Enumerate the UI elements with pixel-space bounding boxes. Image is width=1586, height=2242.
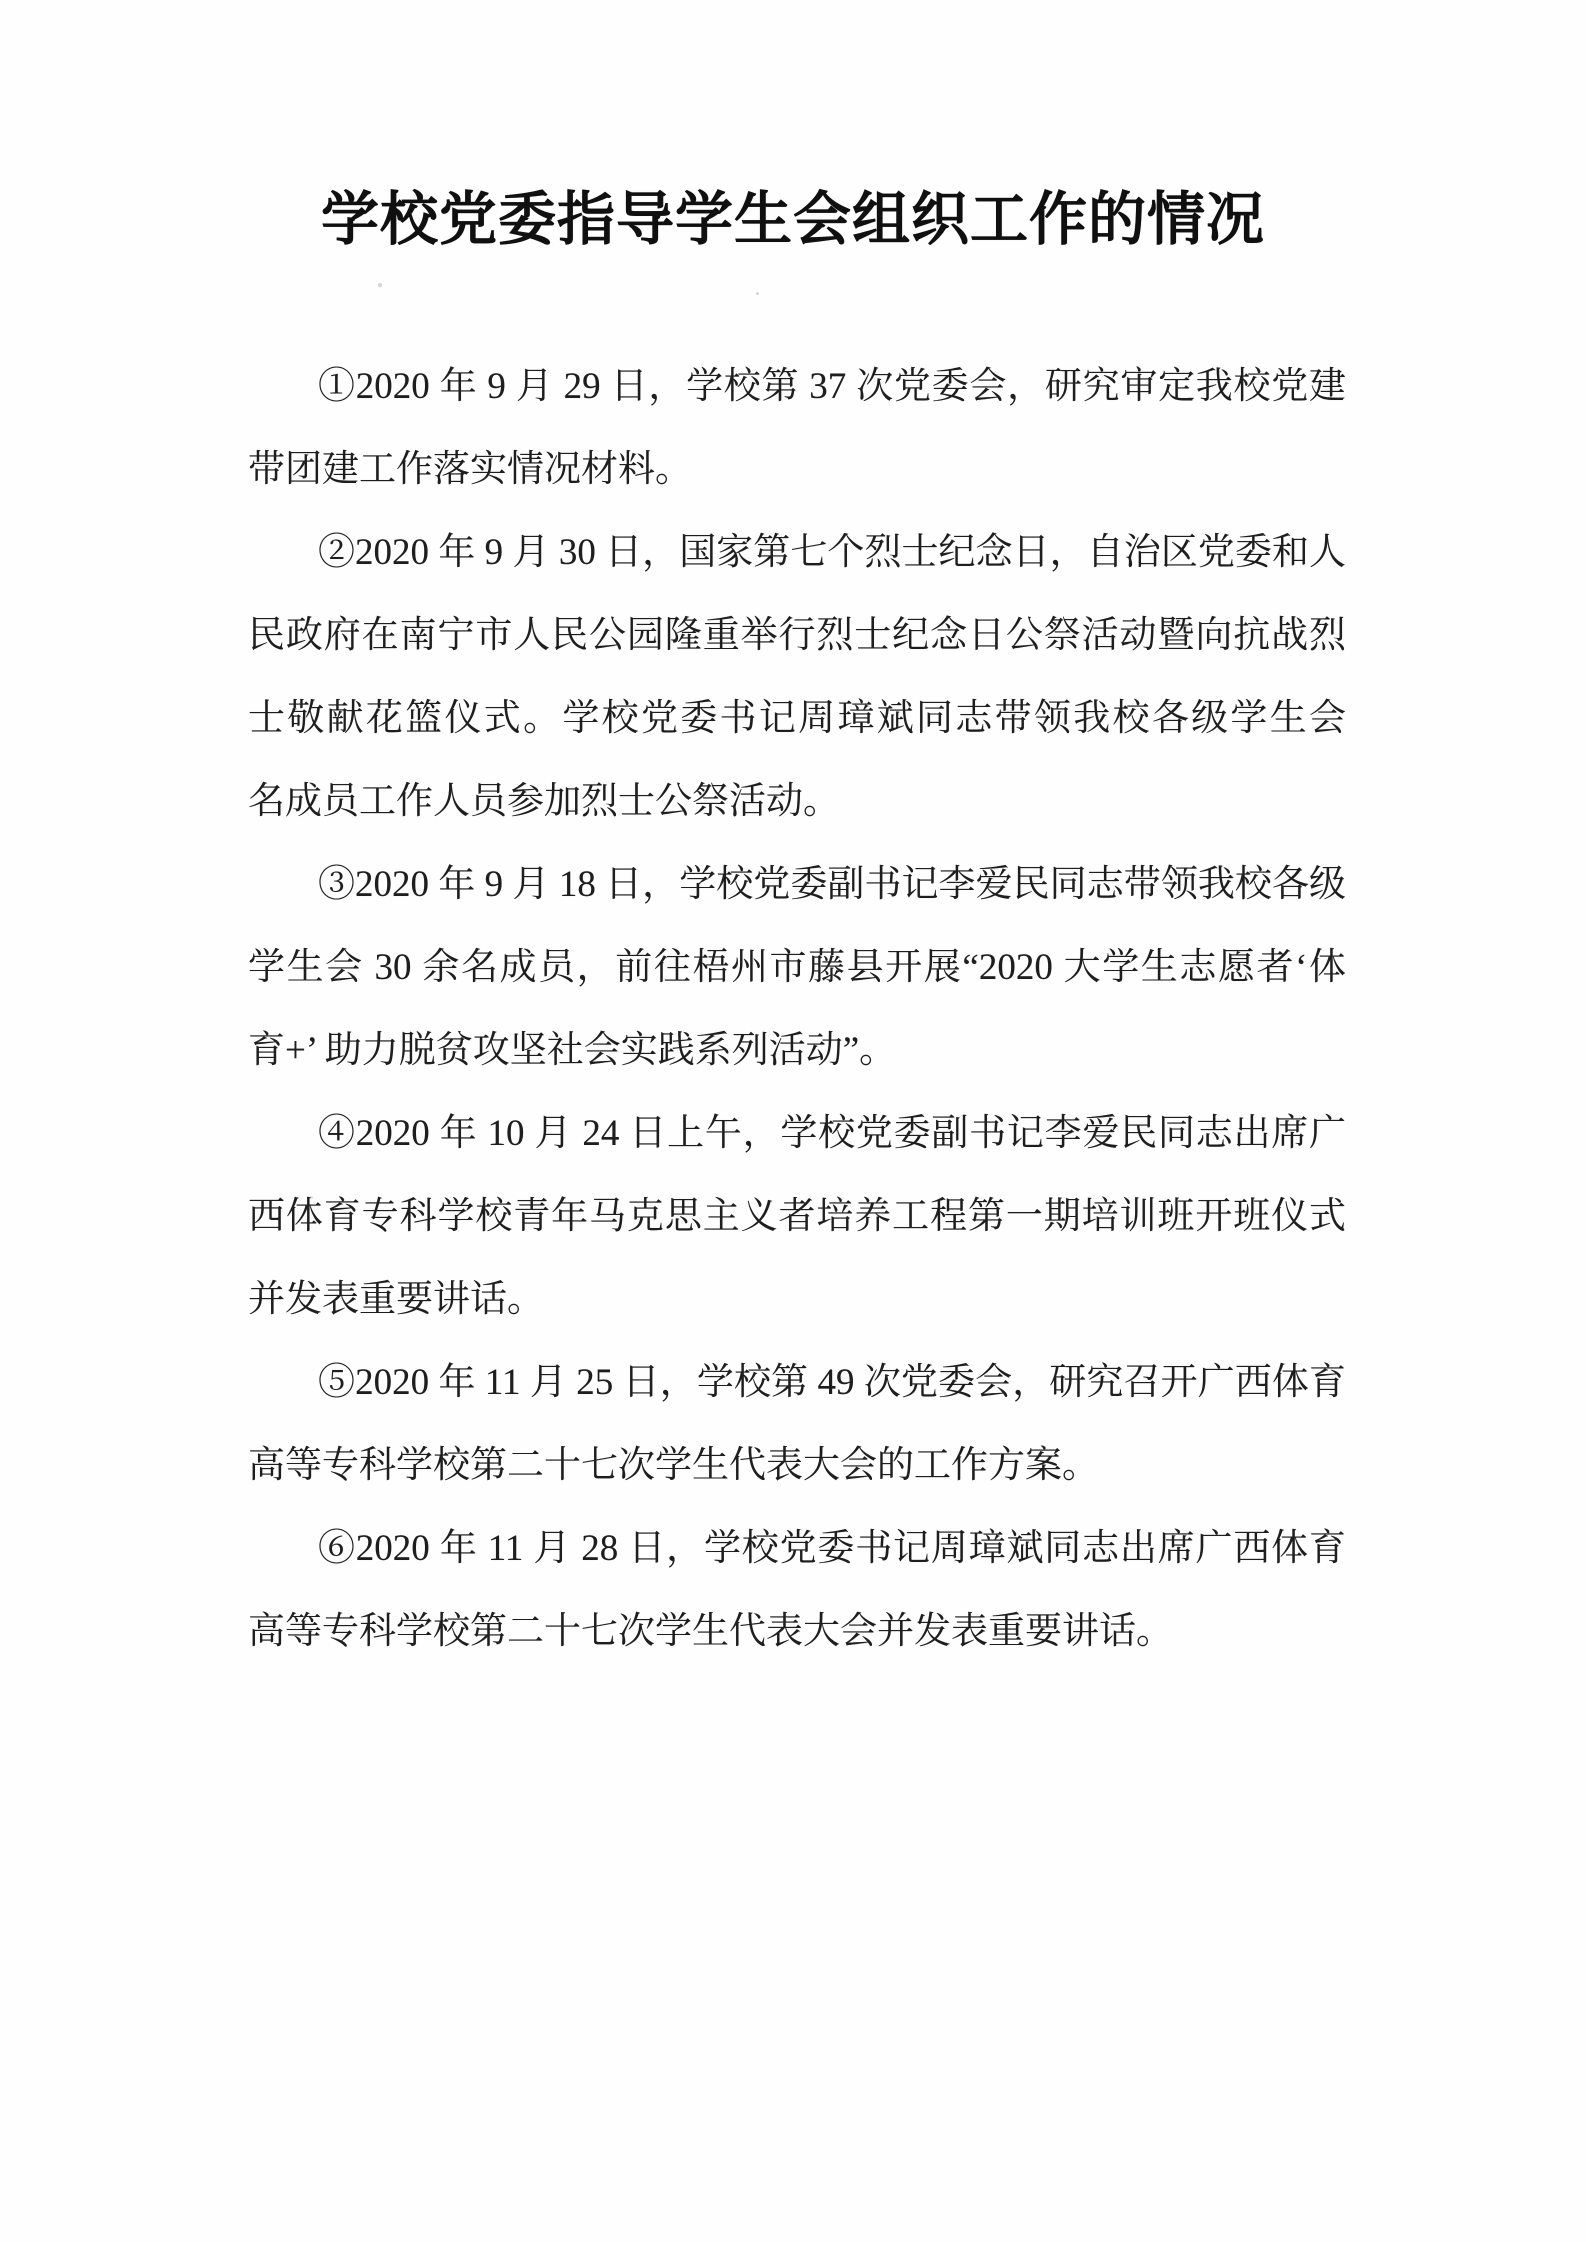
document-title: 学校党委指导学生会组织工作的情况 xyxy=(0,178,1586,262)
scan-speck xyxy=(756,292,759,295)
text-line: ⑥2020 年 11 月 28 日，学校党委书记周璋斌同志出席广西体育 xyxy=(248,1507,1346,1590)
text-line: 西体育专科学校青年马克思主义者培养工程第一期培训班开班仪式 xyxy=(248,1175,1346,1258)
paragraph: ②2020 年 9 月 30 日，国家第七个烈士纪念日，自治区党委和人民政府在南… xyxy=(248,511,1346,843)
document-body: ①2020 年 9 月 29 日，学校第 37 次党委会，研究审定我校党建带团建… xyxy=(248,345,1346,1673)
paragraph: ①2020 年 9 月 29 日，学校第 37 次党委会，研究审定我校党建带团建… xyxy=(248,345,1346,511)
text-line: 名成员工作人员参加烈士公祭活动。 xyxy=(248,760,1346,843)
paragraph: ③2020 年 9 月 18 日，学校党委副书记李爱民同志带领我校各级学生会 3… xyxy=(248,843,1346,1092)
text-line: 高等专科学校第二十七次学生代表大会并发表重要讲话。 xyxy=(248,1590,1346,1673)
text-line: ⑤2020 年 11 月 25 日，学校第 49 次党委会，研究召开广西体育 xyxy=(248,1341,1346,1424)
text-line: ①2020 年 9 月 29 日，学校第 37 次党委会，研究审定我校党建 xyxy=(248,345,1346,428)
text-line: 民政府在南宁市人民公园隆重举行烈士纪念日公祭活动暨向抗战烈 xyxy=(248,594,1346,677)
text-line: ③2020 年 9 月 18 日，学校党委副书记李爱民同志带领我校各级 xyxy=(248,843,1346,926)
text-line: ②2020 年 9 月 30 日，国家第七个烈士纪念日，自治区党委和人 xyxy=(248,511,1346,594)
text-line: 带团建工作落实情况材料。 xyxy=(248,428,1346,511)
paragraph: ⑤2020 年 11 月 25 日，学校第 49 次党委会，研究召开广西体育高等… xyxy=(248,1341,1346,1507)
paragraph: ⑥2020 年 11 月 28 日，学校党委书记周璋斌同志出席广西体育高等专科学… xyxy=(248,1507,1346,1673)
text-line: 士敬献花篮仪式。学校党委书记周璋斌同志带领我校各级学生会 100 xyxy=(248,677,1346,760)
text-line: 并发表重要讲话。 xyxy=(248,1258,1346,1341)
text-line: 学生会 30 余名成员，前往梧州市藤县开展“2020 大学生志愿者‘体 xyxy=(248,926,1346,1009)
text-line: 育+’ 助力脱贫攻坚社会实践系列活动”。 xyxy=(248,1009,1346,1092)
text-line: ④2020 年 10 月 24 日上午，学校党委副书记李爱民同志出席广 xyxy=(248,1092,1346,1175)
document-page: 学校党委指导学生会组织工作的情况 ①2020 年 9 月 29 日，学校第 37… xyxy=(0,0,1586,2242)
text-line: 高等专科学校第二十七次学生代表大会的工作方案。 xyxy=(248,1424,1346,1507)
scan-speck xyxy=(310,1196,313,1199)
paragraph: ④2020 年 10 月 24 日上午，学校党委副书记李爱民同志出席广西体育专科… xyxy=(248,1092,1346,1341)
scan-speck xyxy=(378,283,382,287)
